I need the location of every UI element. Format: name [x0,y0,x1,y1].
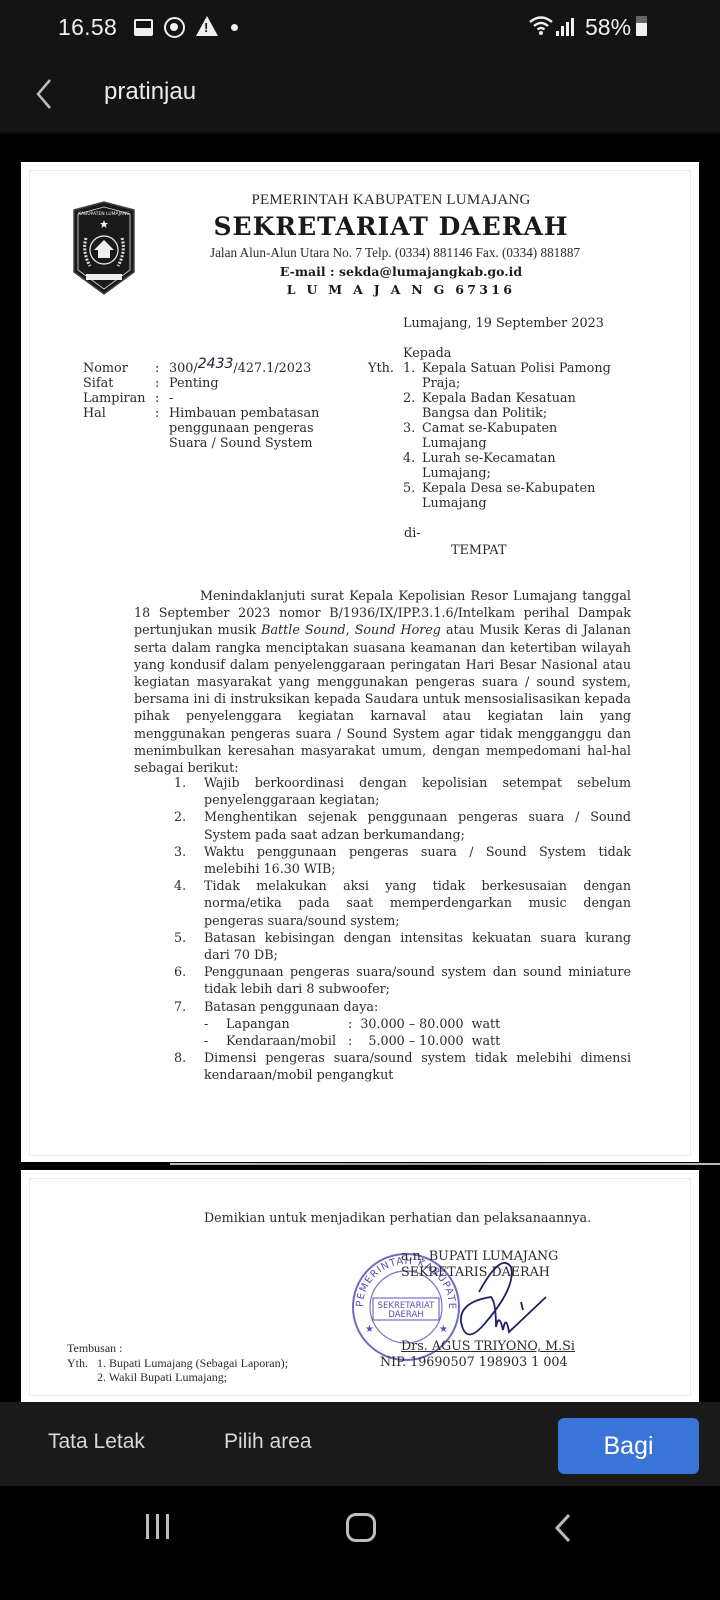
instruction-item: 7.Batasan penggunaan daya: [174,998,631,1015]
instruction-item: 8.Dimensi pengeras suara/sound system ti… [174,1049,631,1083]
lumajang-emblem-logo: KABUPATEN LUMAJANG [68,200,140,296]
signal-icon [556,18,574,36]
bottom-toolbar: Tata Letak Pilih area Bagi [0,1402,720,1486]
addressee-yth: Yth. [368,361,394,376]
home-icon[interactable] [346,1513,376,1542]
signatory-nip: NIP. 19690507 198903 1 004 [380,1354,568,1369]
status-bar: 16.58 58% [0,0,720,56]
document-preview[interactable]: KABUPATEN LUMAJANG PEMERINTAH KABUPATEN … [0,134,720,1402]
svg-text:★: ★ [365,1324,374,1335]
recipient-item: 4.Lurah se-Kecamatan Lumajang; [403,451,623,481]
closing-statement: Demikian untuk menjadikan perhatian dan … [204,1210,591,1225]
svg-text:KABUPATEN LUMAJANG: KABUPATEN LUMAJANG [78,211,130,217]
chevron-left-icon [26,74,66,114]
recipient-item: 2.Kepala Badan Kesatuan Bangsa dan Polit… [403,391,623,421]
instruction-item: 2.Menghentikan sejenak penggunaan penger… [174,808,631,842]
recipient-item: 5.Kepala Desa se-Kabupaten Lumajang [403,481,623,511]
page-divider [170,1163,720,1165]
app-bar: pratinjau [0,56,720,134]
select-area-button[interactable]: Pilih area [224,1430,312,1454]
tembusan-section: Tembusan : Yth.1. Bupati Lumajang (Sebag… [67,1341,288,1385]
recents-icon[interactable] [146,1514,169,1539]
instruction-item: 6.Penggunaan pengeras suara/sound system… [174,963,631,997]
system-navigation-bar [0,1486,720,1600]
tembusan-item: Yth.1. Bupati Lumajang (Sebagai Laporan)… [67,1356,288,1371]
instruction-item: 1.Wajib berkoordinasi dengan kepolisian … [174,774,631,808]
dot-icon [231,24,238,31]
share-button[interactable]: Bagi [558,1418,699,1474]
recipient-item: 1.Kepala Satuan Polisi Pamong Praja; [403,361,623,391]
signatory-name: Drs. AGUS TRIYONO, M.Si [401,1338,575,1353]
letterhead-address: Jalan Alun-Alun Utara No. 7 Telp. (0334)… [165,245,625,261]
addressee-tempat: TEMPAT [451,543,507,558]
back-icon[interactable] [551,1512,575,1544]
whatsapp-icon [164,17,185,38]
meta-sifat: Sifat : Penting [83,376,349,391]
letter-date: Lumajang, 19 September 2023 [403,316,604,331]
back-button[interactable] [26,74,66,114]
gallery-icon [134,19,153,36]
recipient-list: 1.Kepala Satuan Polisi Pamong Praja; 2.K… [403,361,623,511]
recipient-item: 3.Camat se-Kabupaten Lumajang [403,421,623,451]
warning-icon [196,16,218,36]
wifi-icon [528,14,554,42]
letterhead-title: SEKRETARIAT DAERAH [171,212,611,241]
page-title: pratinjau [104,78,196,106]
addressee-kepada: Kepada [403,346,451,361]
meta-hal: Hal : Himbauan pembatasan penggunaan pen… [83,406,349,451]
tembusan-label: Tembusan : [67,1341,288,1356]
letterhead-email: E-mail : sekda@lumajangkab.go.id [171,264,631,279]
document-page-2: Demikian untuk menjadikan perhatian dan … [21,1170,699,1402]
power-limit-row: -Lapangan: 30.000 – 80.000 watt [174,1015,631,1032]
instruction-item: 5.Batasan kebisingan dengan intensitas k… [174,929,631,963]
svg-text:DAERAH: DAERAH [388,1310,423,1320]
battery-icon [636,16,647,36]
letter-body: Menindaklanjuti surat Kepala Kepolisian … [134,587,631,776]
meta-nomor: Nomor : 300/2433/427.1/2023 [83,361,349,376]
tembusan-item: 2. Wakil Bupati Lumajang; [67,1370,288,1385]
addressee-di: di- [404,526,421,541]
status-time: 16.58 [58,14,117,41]
letterhead-city: L U M A J A N G 67316 [171,282,631,297]
letterhead-government: PEMERINTAH KABUPATEN LUMAJANG [171,192,611,209]
instruction-item: 3.Waktu penggunaan pengeras suara / Soun… [174,843,631,877]
instruction-item: 4.Tidak melakukan aksi yang tidak berkes… [174,877,631,929]
power-limit-row: -Kendaraan/mobil: 5.000 – 10.000 watt [174,1032,631,1049]
layout-button[interactable]: Tata Letak [48,1430,145,1454]
document-page-1: KABUPATEN LUMAJANG PEMERINTAH KABUPATEN … [21,162,699,1162]
letter-meta: Nomor : 300/2433/427.1/2023 Sifat : Pent… [83,361,349,451]
instruction-list: 1.Wajib berkoordinasi dengan kepolisian … [174,774,631,1084]
meta-lampiran: Lampiran : - [83,391,349,406]
handwritten-signature-icon [441,1252,551,1352]
handwritten-number: 2433 [198,356,234,372]
battery-percent: 58% [585,14,631,41]
